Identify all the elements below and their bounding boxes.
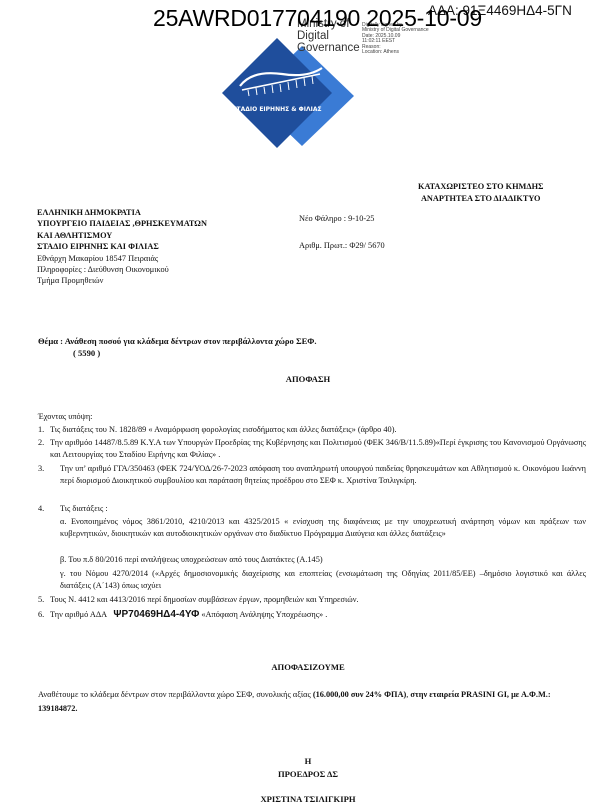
signature-title-line: Governance bbox=[297, 42, 360, 54]
signatory-name: ΧΡΙΣΤΙΝΑ ΤΣΙΛΙΓΚΙΡΗ bbox=[0, 794, 616, 804]
we-decide-title: ΑΠΟΦΑΣΙΖΟΥΜΕ bbox=[0, 662, 616, 672]
list-item: 4. Τις διατάξεις : bbox=[38, 503, 586, 515]
subject: Θέμα : Ανάθεση ποσού για κλάδεμα δέντρων… bbox=[38, 335, 317, 359]
signatory-article: Η bbox=[0, 756, 616, 766]
svg-text:ΣΤΑΔΙΟ ΕΙΡΗΝΗΣ & ΦΙΛΙΑΣ: ΣΤΑΔΙΟ ΕΙΡΗΝΗΣ & ΦΙΛΙΑΣ bbox=[232, 106, 321, 113]
item-number: 4. bbox=[38, 503, 44, 515]
list-item: 1. Τις διατάξεις του Ν. 1828/89 « Αναμόρ… bbox=[38, 424, 586, 436]
ada-reference: ΨΡ70469ΗΔ4-4ΥΦ bbox=[113, 609, 199, 620]
issuer-block: ΕΛΛΗΝΙΚΗ ΔΗΜΟΚΡΑΤΙΑ ΥΠΟΥΡΓΕΙΟ ΠΑΙΔΕΙΑΣ ,… bbox=[37, 207, 207, 287]
sub-item: β. Του π.δ 80/2016 περί αναλήψεως υποχρε… bbox=[60, 554, 586, 566]
issuer-line: ΚΑΙ ΑΘΛΗΤΙΣΜΟΥ bbox=[37, 230, 207, 241]
item-text: Τις διατάξεις του Ν. 1828/89 « Αναμόρφωσ… bbox=[50, 424, 586, 436]
item-number: 3. bbox=[38, 463, 44, 475]
document-id-stamp: 25AWRD017704190 2025-10-09 bbox=[153, 5, 482, 32]
item-text: Την αριθμό ΑΔΑ bbox=[50, 610, 107, 619]
item-text: Τις διατάξεις : bbox=[60, 503, 586, 515]
issuer-address: Εθνάρχη Μακαρίου 18547 Πειραιάς bbox=[37, 253, 207, 264]
item-text: Την υπ’ αριθμό ΓΓΑ/350463 (ΦΕΚ 724/ΥΟΔ/2… bbox=[60, 463, 586, 488]
issuer-line: ΥΠΟΥΡΓΕΙΟ ΠΑΙΔΕΙΑΣ ,ΘΡΗΣΚΕΥΜΑΤΩΝ bbox=[37, 218, 207, 229]
considering-heading: Έχοντας υπόψη: bbox=[38, 412, 92, 421]
item-number: 2. bbox=[38, 437, 44, 449]
posting-note-line: ΑΝΑΡΤΗΤΕΑ ΣΤΟ ΔΙΑΔΙΚΤΥΟ bbox=[418, 193, 543, 205]
signatory-role: ΠΡΟΕΔΡΟΣ ΔΣ bbox=[0, 769, 616, 779]
signature-meta-line: Location: Athens bbox=[362, 50, 429, 55]
list-item: 6. Την αριθμό ΑΔΑ ΨΡ70469ΗΔ4-4ΥΦ «Απόφασ… bbox=[38, 609, 586, 621]
item-number: 1. bbox=[38, 424, 44, 436]
protocol-number: Αριθμ. Πρωτ.: Φ29/ 5670 bbox=[299, 241, 385, 250]
item-number: 6. bbox=[38, 609, 44, 621]
place-date: Νέο Φάληρο : 9-10-25 bbox=[299, 214, 374, 223]
list-item: 5. Τους Ν. 4412 και 4413/2016 περί δημοσ… bbox=[38, 594, 586, 606]
decision-title: ΑΠΟΦΑΣΗ bbox=[0, 374, 616, 384]
posting-note: ΚΑΤΑΧΩΡΙΣΤΕΟ ΣΤΟ ΚΗΜΔΗΣ ΑΝΑΡΤΗΤΕΑ ΣΤΟ ΔΙ… bbox=[418, 181, 543, 204]
issuer-line: ΕΛΛΗΝΙΚΗ ΔΗΜΟΚΡΑΤΙΑ bbox=[37, 207, 207, 218]
list-item: 2. Την αριθμόο 14487/8.5.89 Κ.Υ.Α των Υπ… bbox=[38, 437, 586, 462]
item-text: Τους Ν. 4412 και 4413/2016 περί δημοσίων… bbox=[50, 594, 586, 606]
decision-amount: (16.000,00 συν 24% ΦΠΑ) bbox=[313, 690, 406, 699]
issuer-department: Τμήμα Προμηθειών bbox=[37, 275, 207, 286]
issuer-line: ΣΤΑΔΙΟ ΕΙΡΗΝΗΣ ΚΑΙ ΦΙΛΙΑΣ bbox=[37, 241, 207, 252]
subject-code: ( 5590 ) bbox=[38, 347, 317, 359]
issuer-info: Πληροφορίες : Διεύθυνση Οικονομικού bbox=[37, 264, 207, 275]
posting-note-line: ΚΑΤΑΧΩΡΙΣΤΕΟ ΣΤΟ ΚΗΜΔΗΣ bbox=[418, 181, 543, 193]
subject-text: Θέμα : Ανάθεση ποσού για κλάδεμα δέντρων… bbox=[38, 335, 317, 347]
stadium-logo: ΣΤΑΔΙΟ ΕΙΡΗΝΗΣ & ΦΙΛΙΑΣ bbox=[222, 38, 362, 148]
sub-item: α. Ενοποιημένος νόμος 3861/2010, 4210/20… bbox=[60, 516, 586, 541]
decision-body: Αναθέτουμε το κλάδεμα δέντρων στον περιβ… bbox=[38, 688, 586, 715]
item-text: «Απόφαση Ανάληψης Υποχρέωσης» . bbox=[201, 610, 327, 619]
list-item: 3. Την υπ’ αριθμό ΓΓΑ/350463 (ΦΕΚ 724/ΥΟ… bbox=[38, 463, 586, 488]
sub-item: γ. του Νόμου 4270/2014 («Αρχές δημοσιονο… bbox=[60, 568, 586, 593]
item-text: Την αριθμόο 14487/8.5.89 Κ.Υ.Α των Υπουρ… bbox=[50, 437, 586, 462]
item-number: 5. bbox=[38, 594, 44, 606]
decision-text: Αναθέτουμε το κλάδεμα δέντρων στον περιβ… bbox=[38, 690, 311, 699]
